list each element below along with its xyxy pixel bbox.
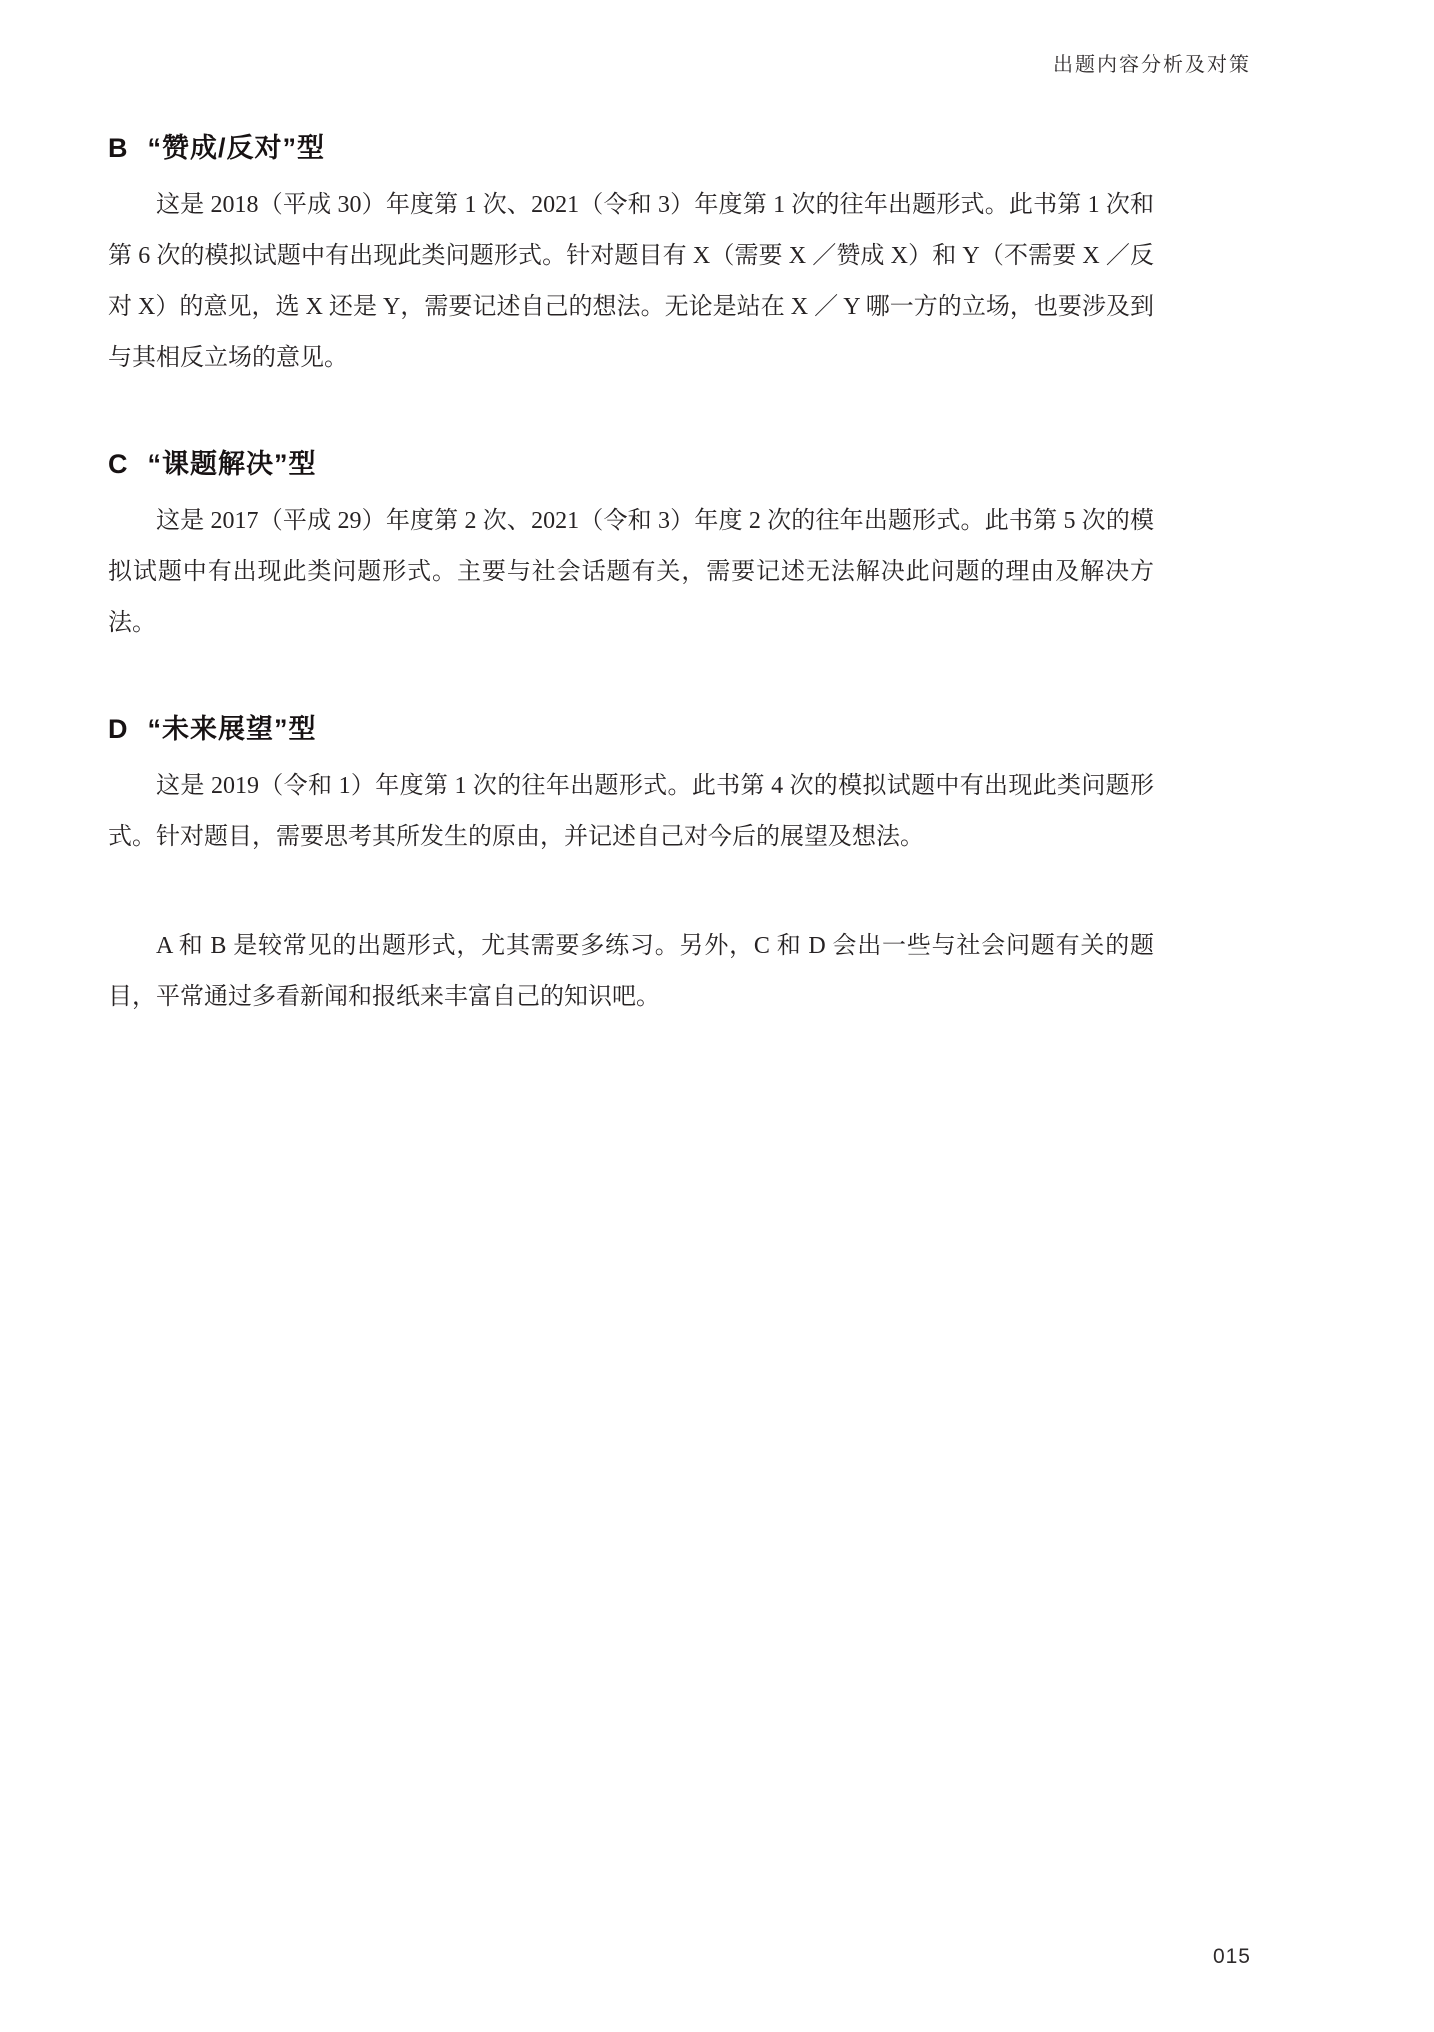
section-title: “赞成/反对”型: [148, 130, 326, 166]
section-approve-oppose: B “赞成/反对”型 这是 2018（平成 30）年度第 1 次、2021（令和…: [108, 130, 1154, 384]
section-title: “未来展望”型: [148, 711, 317, 747]
page-content: B “赞成/反对”型 这是 2018（平成 30）年度第 1 次、2021（令和…: [108, 130, 1154, 1023]
section-title: “课题解决”型: [148, 446, 317, 482]
section-paragraph: 这是 2018（平成 30）年度第 1 次、2021（令和 3）年度第 1 次的…: [108, 180, 1154, 384]
section-heading: D “未来展望”型: [108, 711, 1154, 747]
book-page: 出题内容分析及对策 B “赞成/反对”型 这是 2018（平成 30）年度第 1…: [0, 0, 1434, 2032]
page-number: 015: [1213, 1945, 1251, 1969]
section-paragraph: 这是 2019（令和 1）年度第 1 次的往年出题形式。此书第 4 次的模拟试题…: [108, 761, 1154, 863]
running-head: 出题内容分析及对策: [1053, 48, 1251, 77]
section-problem-solving: C “课题解决”型 这是 2017（平成 29）年度第 2 次、2021（令和 …: [108, 446, 1154, 649]
section-letter: C: [108, 446, 128, 482]
closing-paragraph: A 和 B 是较常见的出题形式，尤其需要多练习。另外，C 和 D 会出一些与社会…: [108, 921, 1154, 1023]
section-heading: C “课题解决”型: [108, 446, 1154, 482]
section-future-outlook: D “未来展望”型 这是 2019（令和 1）年度第 1 次的往年出题形式。此书…: [108, 711, 1154, 863]
section-paragraph: 这是 2017（平成 29）年度第 2 次、2021（令和 3）年度 2 次的往…: [108, 496, 1154, 649]
section-letter: D: [108, 711, 128, 747]
section-heading: B “赞成/反对”型: [108, 130, 1154, 166]
section-letter: B: [108, 130, 128, 166]
